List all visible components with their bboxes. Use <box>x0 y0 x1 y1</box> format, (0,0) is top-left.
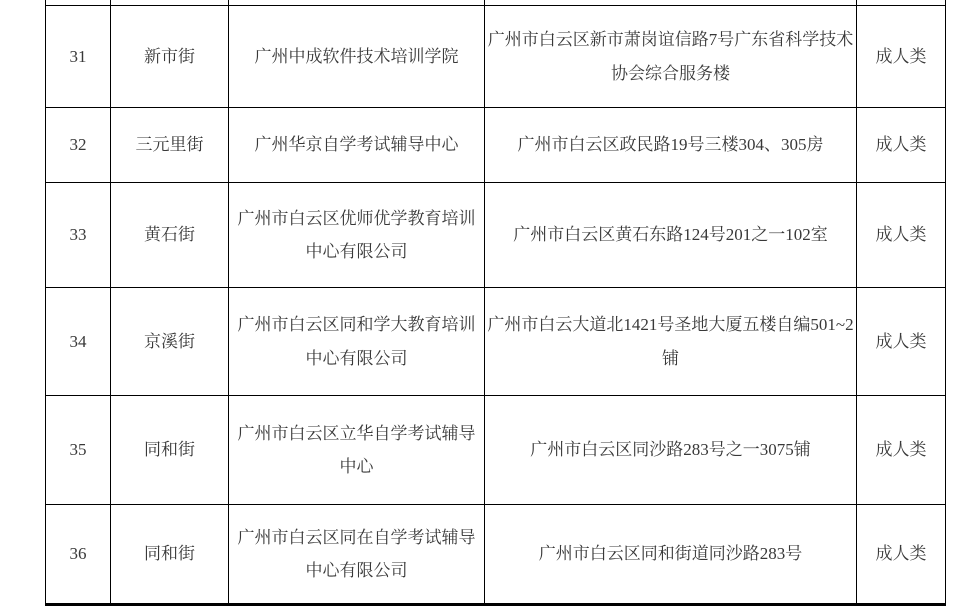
cell-institution: 广州中成软件技术培训学院 <box>229 6 485 108</box>
table-row: 32 三元里街 广州华京自学考试辅导中心 广州市白云区政民路19号三楼304、3… <box>46 108 946 183</box>
cell-institution: 广州华京自学考试辅导中心 <box>229 108 485 183</box>
table-row: 36 同和街 广州市白云区同在自学考试辅导中心有限公司 广州市白云区同和街道同沙… <box>46 505 946 605</box>
cell-address: 广州市白云区新市萧岗谊信路7号广东省科学技术协会综合服务楼 <box>485 6 857 108</box>
cell-category: 成人类 <box>857 505 946 605</box>
table-row: 35 同和街 广州市白云区立华自学考试辅导中心 广州市白云区同沙路283号之一3… <box>46 396 946 505</box>
cell-row-number: 36 <box>46 505 111 605</box>
cell-street: 三元里街 <box>111 108 229 183</box>
cell-institution: 广州市白云区同和学大教育培训中心有限公司 <box>229 288 485 396</box>
cell-category: 成人类 <box>857 183 946 288</box>
cell-address: 广州市白云大道北1421号圣地大厦五楼自编501~2铺 <box>485 288 857 396</box>
cell-category: 成人类 <box>857 108 946 183</box>
cell-street: 同和街 <box>111 505 229 605</box>
cell-row-number: 34 <box>46 288 111 396</box>
cell-address: 广州市白云区政民路19号三楼304、305房 <box>485 108 857 183</box>
cell-row-number: 33 <box>46 183 111 288</box>
table-row: 31 新市街 广州中成软件技术培训学院 广州市白云区新市萧岗谊信路7号广东省科学… <box>46 6 946 108</box>
cell-street: 新市街 <box>111 6 229 108</box>
cell-address: 广州市白云区同沙路283号之一3075铺 <box>485 396 857 505</box>
cell-address: 广州市白云区黄石东路124号201之一102室 <box>485 183 857 288</box>
cell-street: 京溪街 <box>111 288 229 396</box>
cell-row-number: 32 <box>46 108 111 183</box>
cell-institution: 广州市白云区立华自学考试辅导中心 <box>229 396 485 505</box>
table-row: 33 黄石街 广州市白云区优师优学教育培训中心有限公司 广州市白云区黄石东路12… <box>46 183 946 288</box>
cell-row-number: 31 <box>46 6 111 108</box>
cell-category: 成人类 <box>857 396 946 505</box>
cell-institution: 广州市白云区同在自学考试辅导中心有限公司 <box>229 505 485 605</box>
cell-institution: 广州市白云区优师优学教育培训中心有限公司 <box>229 183 485 288</box>
cell-address: 广州市白云区同和街道同沙路283号 <box>485 505 857 605</box>
cell-street: 黄石街 <box>111 183 229 288</box>
cell-category: 成人类 <box>857 6 946 108</box>
cell-street: 同和街 <box>111 396 229 505</box>
document-page: { "page": { "background": "#ffffff", "te… <box>0 0 961 612</box>
institutions-table: 31 新市街 广州中成软件技术培训学院 广州市白云区新市萧岗谊信路7号广东省科学… <box>45 0 946 606</box>
cell-row-number: 35 <box>46 396 111 505</box>
cell-category: 成人类 <box>857 288 946 396</box>
table-row: 34 京溪街 广州市白云区同和学大教育培训中心有限公司 广州市白云大道北1421… <box>46 288 946 396</box>
